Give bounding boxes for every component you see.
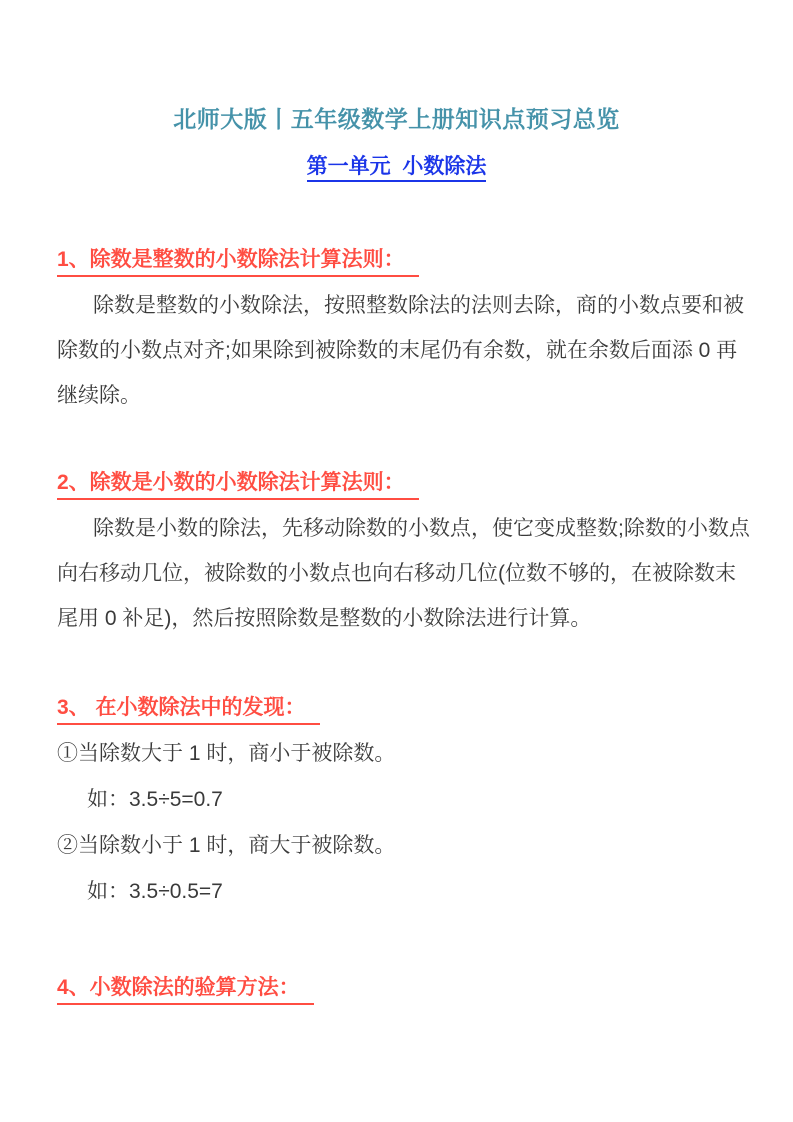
section-2-heading-row: 2、除数是小数的小数除法计算法则：: [57, 468, 736, 502]
example-line: 如：3.5÷0.5=7: [57, 869, 736, 915]
section-1-heading-row: 1、除数是整数的小数除法计算法则：: [57, 245, 736, 279]
section-4-heading: 4、小数除法的验算方法：: [57, 973, 314, 1005]
document-content: 北师大版丨五年级数学上册知识点预习总览 第一单元 小数除法 1、除数是整数的小数…: [0, 0, 793, 1007]
section-3: 3、 在小数除法中的发现： ①当除数大于 1 时，商小于被除数。 如：3.5÷5…: [57, 693, 736, 915]
section-1: 1、除数是整数的小数除法计算法则： 除数是整数的小数除法，按照整数除法的法则去除…: [57, 245, 736, 418]
document-page: 北师大版丨五年级数学上册知识点预习总览 第一单元 小数除法 1、除数是整数的小数…: [0, 0, 793, 1122]
finding-item: ②当除数小于 1 时，商大于被除数。: [57, 823, 736, 869]
paragraph-line: 除数是小数的除法，先移动除数的小数点，使它变成整数;除数的小数点: [57, 506, 736, 551]
paragraph-line: 除数的小数点对齐;如果除到被除数的末尾仍有余数，就在余数后面添 0 再: [57, 328, 736, 373]
section-1-heading: 1、除数是整数的小数除法计算法则：: [57, 245, 419, 277]
paragraph-line: 除数是整数的小数除法，按照整数除法的法则去除，商的小数点要和被: [57, 283, 736, 328]
section-3-heading-row: 3、 在小数除法中的发现：: [57, 693, 736, 727]
example-line: 如：3.5÷5=0.7: [57, 777, 736, 823]
finding-item: ①当除数大于 1 时，商小于被除数。: [57, 731, 736, 777]
section-2-paragraph: 除数是小数的除法，先移动除数的小数点，使它变成整数;除数的小数点 向右移动几位，…: [57, 506, 736, 641]
section-2-heading: 2、除数是小数的小数除法计算法则：: [57, 468, 419, 500]
paragraph-line: 向右移动几位，被除数的小数点也向右移动几位(位数不够的，在被除数末: [57, 551, 736, 596]
unit-link[interactable]: 第一单元 小数除法: [307, 154, 487, 182]
section-4: 4、小数除法的验算方法：: [57, 973, 736, 1007]
section-2: 2、除数是小数的小数除法计算法则： 除数是小数的除法，先移动除数的小数点，使它变…: [57, 468, 736, 641]
section-3-findings: ①当除数大于 1 时，商小于被除数。 如：3.5÷5=0.7 ②当除数小于 1 …: [57, 731, 736, 915]
section-1-paragraph: 除数是整数的小数除法，按照整数除法的法则去除，商的小数点要和被 除数的小数点对齐…: [57, 283, 736, 418]
paragraph-line: 尾用 0 补足)，然后按照除数是整数的小数除法进行计算。: [57, 596, 736, 641]
page-title: 北师大版丨五年级数学上册知识点预习总览: [57, 101, 736, 137]
section-3-heading: 3、 在小数除法中的发现：: [57, 693, 320, 725]
paragraph-line: 继续除。: [57, 373, 736, 418]
section-4-heading-row: 4、小数除法的验算方法：: [57, 973, 736, 1007]
unit-subtitle-row: 第一单元 小数除法: [57, 154, 736, 183]
